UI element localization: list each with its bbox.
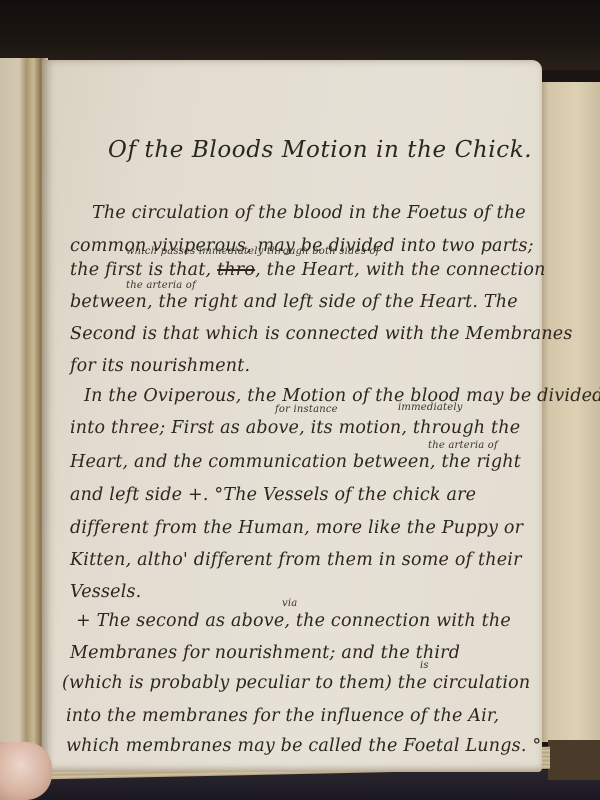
insertion-line-4: the arteria of (126, 280, 196, 291)
text-line-3: the first is that, thro, the Heart, with… (70, 260, 546, 280)
thumb (0, 742, 52, 800)
text-line-14: + The second as above, the connection wi… (76, 611, 511, 631)
book-cover-board (548, 740, 600, 780)
left-page-stack (0, 58, 48, 778)
page-title: Of the Bloods Motion in the Chick. (108, 137, 532, 163)
insertion-line-9: the arteria of (428, 440, 498, 451)
text-line-4: between, the right and left side of the … (70, 292, 518, 312)
insertion-line-8a: for instance (275, 404, 338, 415)
manuscript-page (42, 60, 542, 772)
insertion-line-14: via (282, 598, 297, 609)
text-line-15: Membranes for nourishment; and the third (70, 643, 460, 663)
text-line-12: Kitten, altho' different from them in so… (70, 550, 522, 570)
text-line-1: The circulation of the blood in the Foet… (92, 203, 526, 223)
text-line-8: into three; First as above, its motion, … (70, 418, 520, 438)
text-line-3c: , the Heart, with the connection (255, 260, 545, 280)
insertion-line-16: is (420, 660, 429, 671)
facing-page (540, 82, 600, 742)
text-line-17: into the membranes for the influence of … (66, 706, 499, 726)
text-line-18: which membranes may be called the Foetal… (66, 736, 541, 756)
text-line-10: and left side +. °The Vessels of the chi… (70, 485, 476, 505)
insertion-line-3: which passes immediately through both si… (126, 246, 380, 257)
text-line-5: Second is that which is connected with t… (70, 324, 573, 344)
text-line-13: Vessels. (70, 582, 141, 602)
text-line-3a: the first is that, (70, 260, 211, 280)
text-line-9: Heart, and the communication between, th… (70, 452, 521, 472)
struck-word: thro (217, 260, 255, 280)
insertion-line-8b: immediately (398, 402, 463, 413)
text-line-11: different from the Human, more like the … (70, 518, 523, 538)
text-line-16: (which is probably peculiar to them) the… (62, 673, 530, 693)
text-line-7: In the Oviperous, the Motion of the bloo… (84, 386, 600, 406)
text-line-6: for its nourishment. (70, 356, 250, 376)
